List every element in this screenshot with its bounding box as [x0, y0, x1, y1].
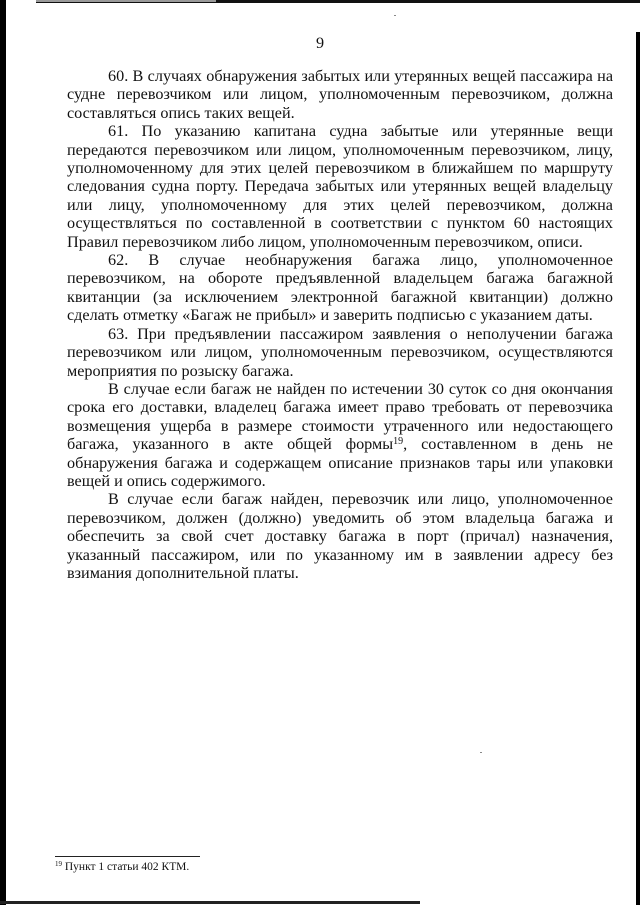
paragraph-63-not-found: В случае если багаж не найден по истечен… [67, 380, 613, 490]
paragraph-60: 60. В случаях обнаружения забытых или ут… [67, 67, 613, 122]
footnote-mark: 19 [55, 860, 62, 868]
paragraph-62: 62. В случае необнаружения багажа лицо, … [67, 251, 613, 325]
scan-edge-top-light [36, 0, 216, 2]
document-body: 60. В случаях обнаружения забытых или ут… [67, 67, 613, 582]
scan-edge-left [0, 0, 6, 905]
footnote: 19 Пункт 1 статьи 402 КТМ. [55, 861, 189, 874]
scan-edge-bottom [0, 901, 420, 904]
footnote-text: Пункт 1 статьи 402 КТМ. [62, 861, 189, 873]
document-page: 9 60. В случаях обнаружения забытых или … [0, 0, 640, 905]
footnote-separator [55, 856, 200, 857]
paragraph-63: 63. При предъявлении пассажиром заявлени… [67, 325, 613, 380]
scan-speck [394, 15, 396, 16]
footnote-reference: 19 [393, 436, 403, 447]
page-number: 9 [0, 34, 640, 52]
scan-speck [480, 752, 482, 753]
paragraph-61: 61. По указанию капитана судна забытые и… [67, 122, 613, 251]
scan-edge-right [636, 32, 640, 905]
paragraph-63-found: В случае если багаж найден, перевозчик и… [67, 490, 613, 582]
